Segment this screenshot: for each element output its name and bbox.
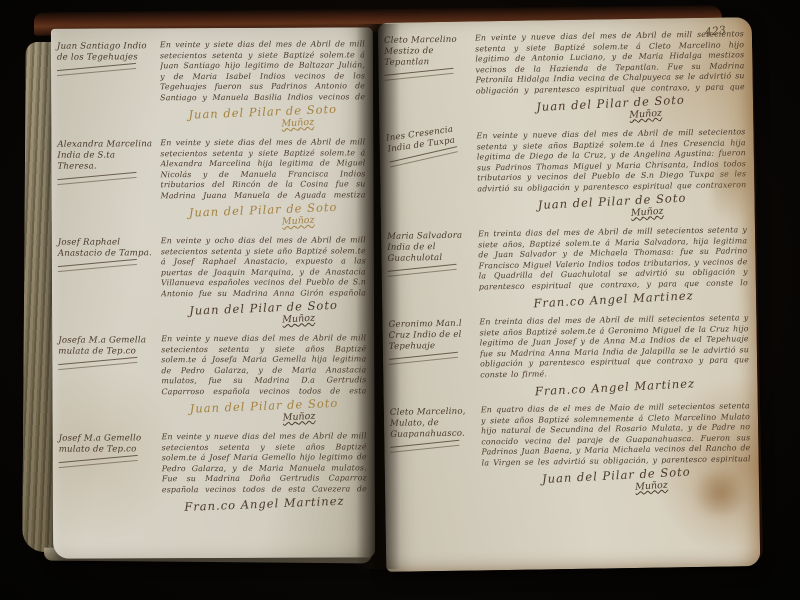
- margin-underline: [389, 352, 458, 365]
- priest-signature: Fran.co Angel Martinez: [162, 493, 367, 515]
- record-body: En veinte y nueve dias del mes de Abril …: [162, 431, 367, 511]
- record-body: En veinte y nueve dias del mes de Abril …: [161, 333, 366, 423]
- margin-note: Cleto Marcelino, Mulato, de Guapanahuasc…: [390, 406, 475, 450]
- right-page: 423 Cleto Marcelino Mestizo de Tepantlan…: [378, 17, 761, 572]
- record-text: En veinte y siete dias del mes de Abril …: [160, 39, 365, 103]
- record-body: En veinte y nueve dias del mes de Abril …: [476, 127, 746, 220]
- margin-note-text: Maria Salvadora India de el Guachulotal: [387, 231, 462, 264]
- baptism-record: Ines Cresencia India de Tuxpa En veinte …: [385, 127, 746, 222]
- record-text: En treinta dias del mes de Abril de mill…: [478, 225, 748, 292]
- margin-note: Josef Raphael Anastacio de Tampa.: [58, 236, 154, 268]
- record-body: En veinte y siete dias del mes de Abril …: [160, 39, 365, 129]
- margin-note: Maria Salvadora India de el Guachulotal: [387, 230, 472, 274]
- margin-note-text: Cleto Marcelino Mestizo de Tepantlan: [384, 35, 457, 68]
- margin-note-text: Josefa M.a Gemella mulata de Tep.co: [58, 335, 146, 356]
- margin-underline: [58, 172, 137, 185]
- margin-underline: [58, 357, 137, 370]
- margin-note-text: Cleto Marcelino, Mulato, de Guapanahuasc…: [390, 407, 466, 440]
- baptism-record: Josefa M.a Gemella mulata de Tep.co En v…: [58, 333, 366, 423]
- record-text: En quatro dias de el mes de Maio de mill…: [481, 401, 751, 468]
- margin-note-text: Josef Raphael Anastacio de Tampa.: [58, 237, 152, 258]
- margin-note: Cleto Marcelino Mestizo de Tepantlan: [384, 34, 469, 78]
- margin-underline: [390, 440, 459, 453]
- margin-note: Geronimo Man.l Cruz Indio de el Tepehuaj…: [388, 318, 473, 362]
- left-page: Juan Santiago Indio de los Tegehuajes En…: [51, 27, 375, 558]
- margin-underline: [57, 63, 136, 76]
- margin-underline: [59, 455, 138, 468]
- margin-note-text: Juan Santiago Indio de los Tegehuajes: [57, 41, 147, 62]
- baptism-record: Maria Salvadora India de el Guachulotal …: [387, 225, 748, 310]
- record-body: En treinta dias del mes de Abril de mill…: [478, 225, 748, 308]
- record-text: En veinte y siete dias del mes de Abril …: [160, 137, 365, 201]
- baptism-record: Cleto Marcelino Mestizo de Tepantlan En …: [384, 29, 745, 124]
- record-text: En veinte y nueve dias del mes de Abril …: [475, 29, 745, 96]
- margin-underline: [388, 264, 457, 277]
- left-page-records: Juan Santiago Indio de los Tegehuajes En…: [57, 39, 367, 552]
- margin-underline: [58, 259, 137, 272]
- record-body: En treinta dias del mes de Abril de mill…: [479, 313, 749, 396]
- margin-note: Juan Santiago Indio de los Tegehuajes: [57, 40, 153, 72]
- record-text: En veinte y nueve dias del mes de Abril …: [476, 127, 746, 194]
- margin-note-text: Geronimo Man.l Cruz Indio de el Tepehuaj…: [388, 319, 461, 352]
- record-body: En veinte y ocho dias del mes de Abril d…: [161, 235, 366, 325]
- margin-note-text: Josef M.a Gemello mulato de Tep.co: [59, 433, 142, 454]
- record-body: En veinte y nueve dias del mes de Abril …: [475, 29, 745, 122]
- record-body: En veinte y siete dias del mes de Abril …: [160, 137, 365, 227]
- baptism-record: Cleto Marcelino, Mulato, de Guapanahuasc…: [390, 401, 751, 496]
- baptism-record: Josef M.a Gemello mulato de Tep.co En ve…: [59, 431, 367, 511]
- margin-note: Josefa M.a Gemella mulata de Tep.co: [58, 334, 154, 366]
- record-text: En treinta dias del mes de Abril de mill…: [479, 313, 749, 380]
- baptism-record: Josef Raphael Anastacio de Tampa. En vei…: [58, 235, 366, 325]
- margin-note: Josef M.a Gemello mulato de Tep.co: [59, 432, 155, 464]
- baptism-record: Alexandra Marcelina India de S.ta Theres…: [57, 137, 365, 227]
- record-body: En quatro dias de el mes de Maio de mill…: [481, 401, 751, 494]
- right-page-records: Cleto Marcelino Mestizo de Tepantlan En …: [384, 29, 752, 566]
- margin-note-text: Alexandra Marcelina India de S.ta Theres…: [57, 139, 152, 171]
- baptism-record: Geronimo Man.l Cruz Indio de el Tepehuaj…: [388, 313, 749, 398]
- manuscript-photo: Juan Santiago Indio de los Tegehuajes En…: [0, 0, 800, 600]
- margin-note: Alexandra Marcelina India de S.ta Theres…: [57, 138, 153, 181]
- margin-underline: [385, 68, 454, 81]
- baptism-record: Juan Santiago Indio de los Tegehuajes En…: [57, 39, 365, 129]
- folio-number: 423: [704, 23, 726, 38]
- record-text: En veinte y nueve dias del mes de Abril …: [161, 333, 366, 397]
- record-text: En veinte y nueve dias del mes de Abril …: [162, 431, 367, 495]
- margin-note: Ines Cresencia India de Tuxpa: [385, 121, 473, 164]
- record-text: En veinte y ocho dias del mes de Abril d…: [161, 235, 366, 299]
